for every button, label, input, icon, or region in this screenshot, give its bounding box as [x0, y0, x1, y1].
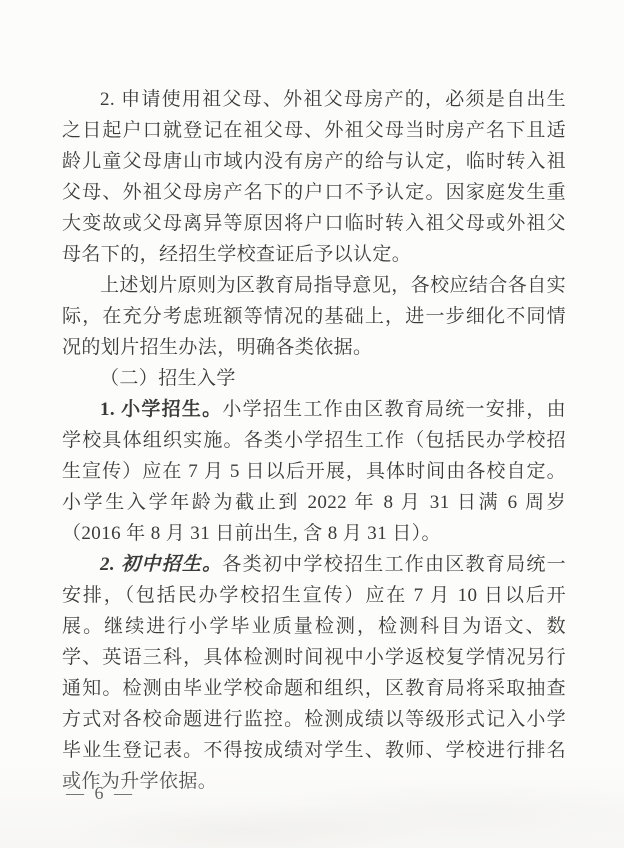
document-body: 2. 申请使用祖父母、外祖父母房产的，必须是自出生之日起户口就登记在祖父母、外祖…: [62, 84, 566, 797]
section-heading-text: （二）招生入学: [100, 368, 236, 389]
paragraph-text: 2. 申请使用祖父母、外祖父母房产的，必须是自出生之日起户口就登记在祖父母、外祖…: [62, 89, 566, 265]
paragraph-lead-primary: 1. 小学招生。: [100, 399, 222, 420]
scanned-document-page: 2. 申请使用祖父母、外祖父母房产的，必须是自出生之日起户口就登记在祖父母、外祖…: [0, 0, 624, 848]
paragraph-primary-school-enrollment: 1. 小学招生。小学招生工作由区教育局统一安排，由学校具体组织实施。各类小学招生…: [62, 394, 566, 549]
page-number: — 6 —: [66, 783, 135, 804]
paragraph-district-guideline: 上述划片原则为区教育局指导意见，各校应结合各自实际，在充分考虑班额等情况的基础上…: [62, 270, 566, 363]
paragraph-body-middle: 各类初中学校招生工作由区教育局统一安排，（包括民办学校招生宣传）应在 7 月 1…: [62, 554, 566, 792]
paragraph-grandparent-property-rule: 2. 申请使用祖父母、外祖父母房产的，必须是自出生之日起户口就登记在祖父母、外祖…: [62, 84, 566, 270]
paragraph-text: 上述划片原则为区教育局指导意见，各校应结合各自实际，在充分考虑班额等情况的基础上…: [62, 275, 566, 358]
paragraph-lead-middle: 2. 初中招生。: [100, 554, 222, 575]
paragraph-middle-school-enrollment: 2. 初中招生。各类初中学校招生工作由区教育局统一安排，（包括民办学校招生宣传）…: [62, 549, 566, 797]
section-heading-enrollment: （二）招生入学: [62, 363, 566, 394]
paragraph-body-primary: 小学招生工作由区教育局统一安排，由学校具体组织实施。各类小学招生工作（包括民办学…: [62, 399, 566, 544]
